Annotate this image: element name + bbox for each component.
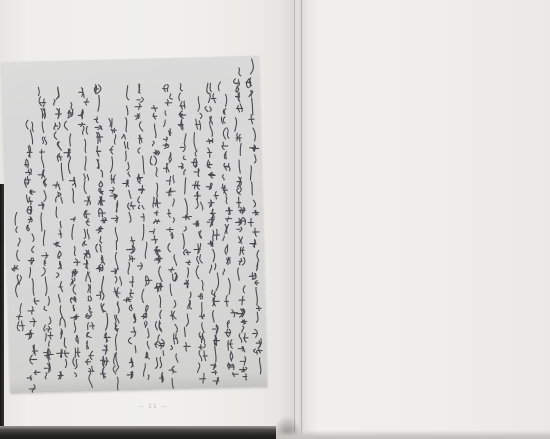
book-bottom-edge-light [276,430,550,439]
gutter-crease-line [294,0,295,439]
book-left-edge [0,184,4,432]
left-page: — 11 — [0,0,293,439]
book-bottom-edge-dark [0,426,276,439]
left-page-number: — 11 — [129,403,177,410]
left-plate-handwriting [2,56,268,394]
gutter-crease-line [301,0,302,439]
book-photo: — 11 — — 10 — [0,0,550,439]
right-page: — 10 — [293,0,550,439]
left-manuscript-plate [2,56,268,394]
book-gutter-shadow [282,0,316,439]
